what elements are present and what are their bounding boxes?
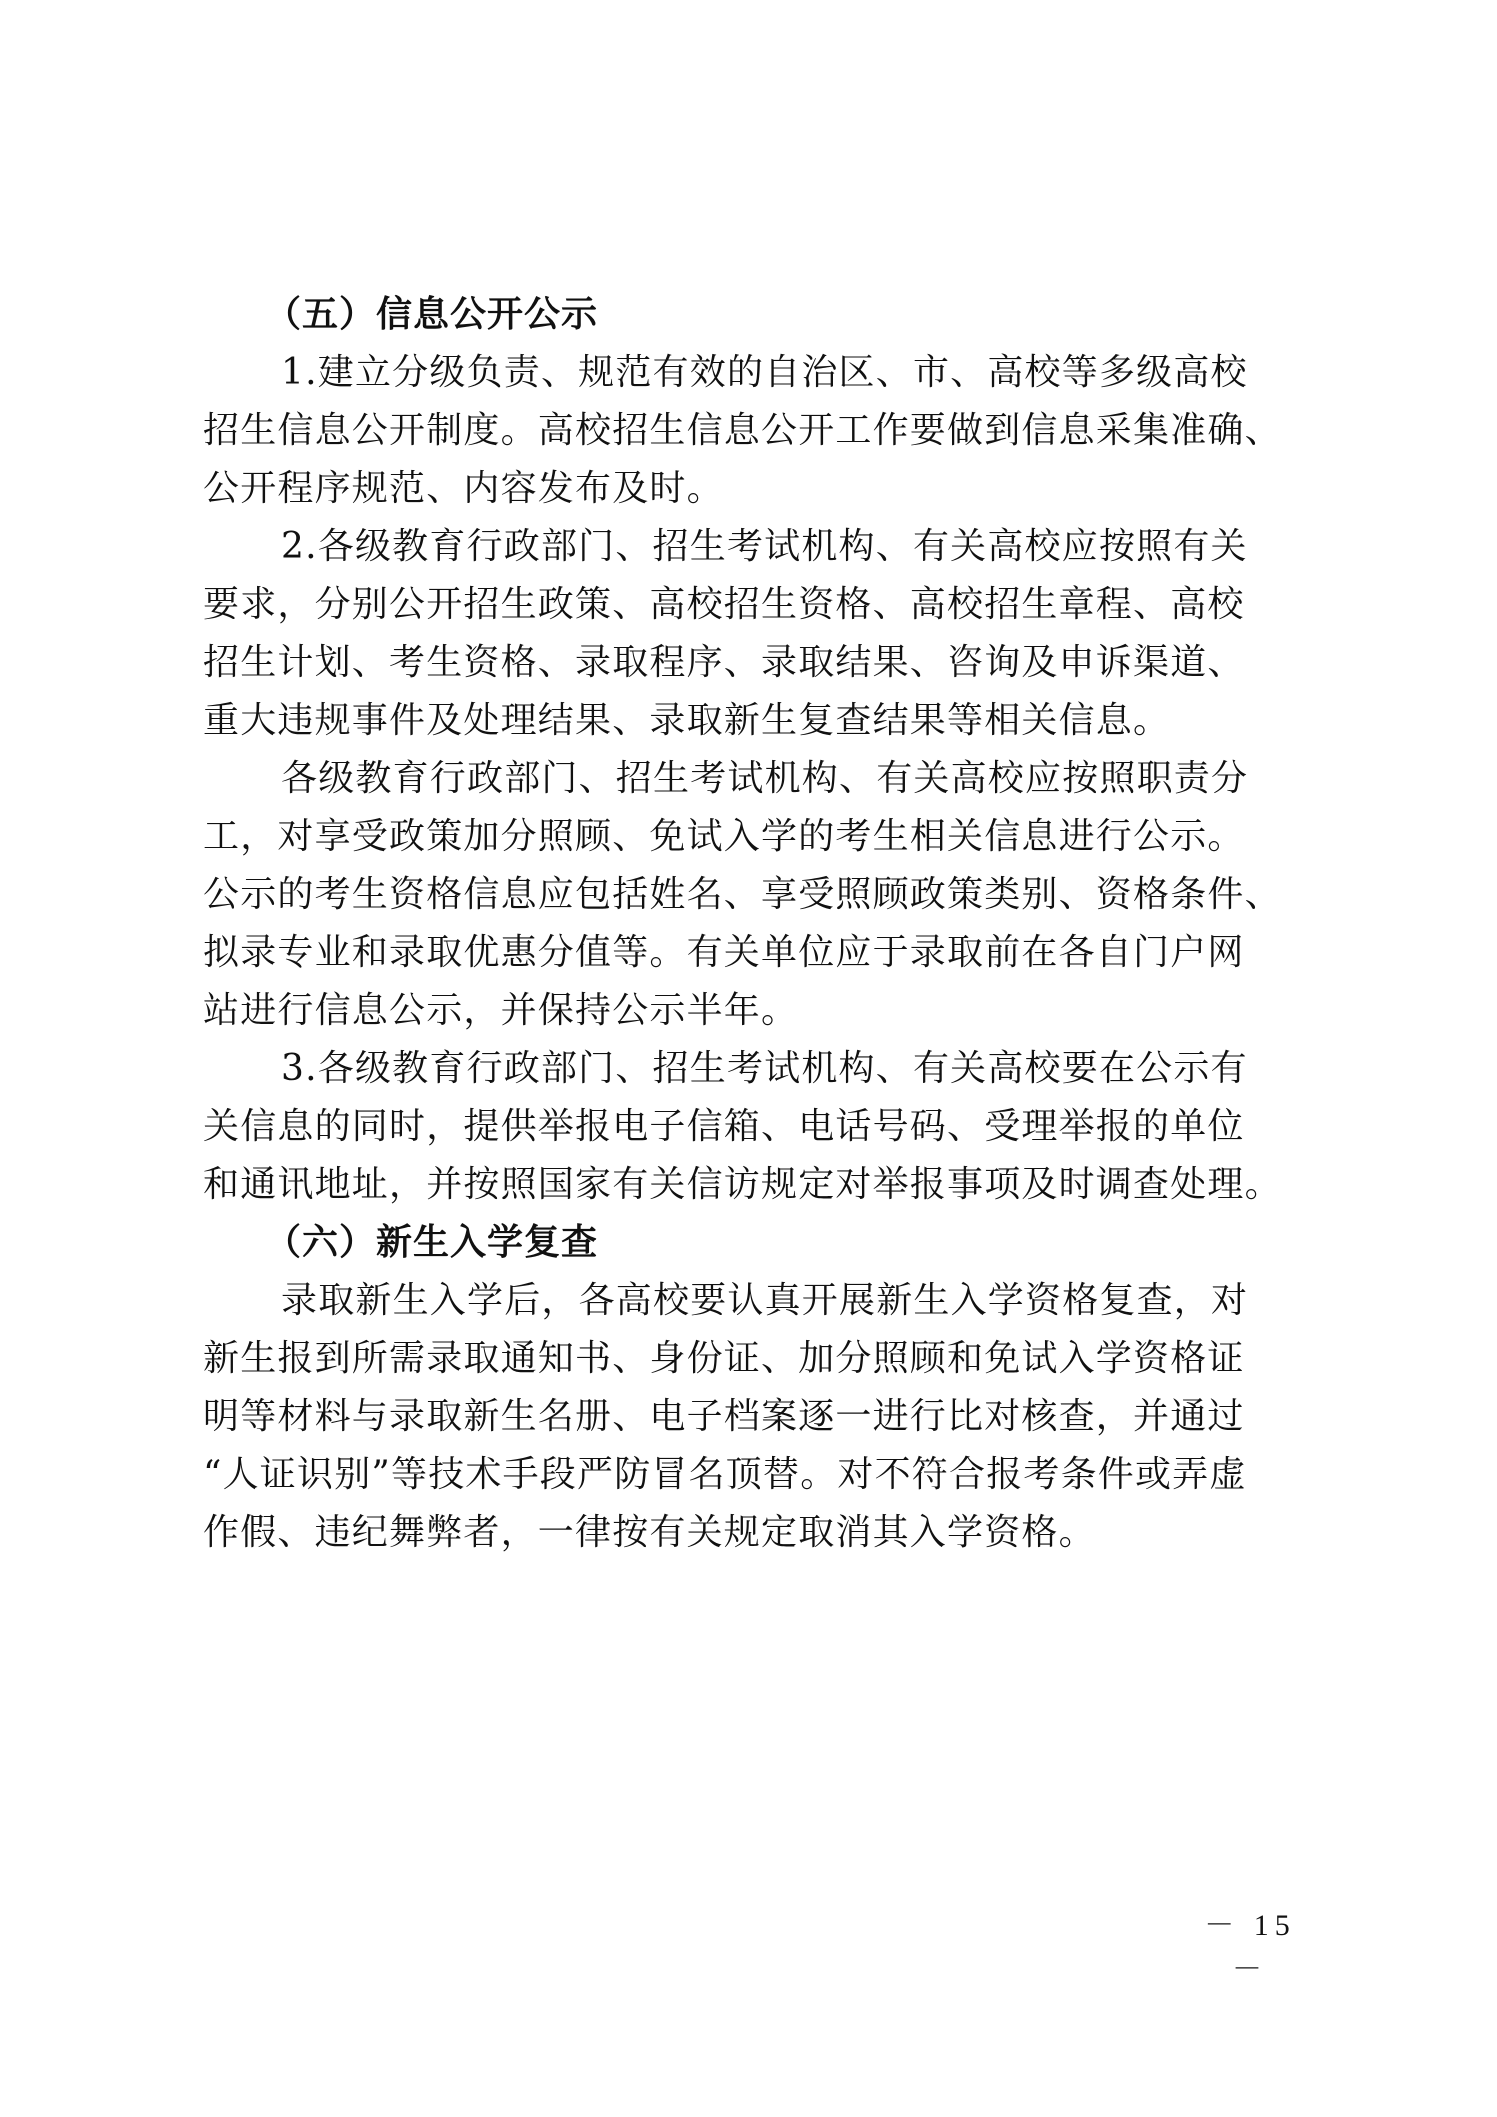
paragraph-line: 各级教育行政部门、招生考试机构、有关高校应按照职责分 [203,750,1318,808]
document-page: （五）信息公开公示 1.建立分级负责、规范有效的自治区、市、高校等多级高校 招生… [0,0,1497,2117]
paragraph-line: 公示的考生资格信息应包括姓名、享受照顾政策类别、资格条件、 [203,866,1318,924]
paragraph-enrollment-review: 录取新生入学后，各高校要认真开展新生入学资格复查，对 新生报到所需录取通知书、身… [203,1272,1318,1562]
paragraph-line: 工，对享受政策加分照顾、免试入学的考生相关信息进行公示。 [203,808,1318,866]
paragraph-line: 要求，分别公开招生政策、高校招生资格、高校招生章程、高校 [203,576,1318,634]
paragraph-line: 站进行信息公示，并保持公示半年。 [203,982,1318,1040]
paragraph-line: 招生信息公开制度。高校招生信息公开工作要做到信息采集准确、 [203,402,1318,460]
paragraph-line: 录取新生入学后，各高校要认真开展新生入学资格复查，对 [203,1272,1318,1330]
paragraph-line: 重大违规事件及处理结果、录取新生复查结果等相关信息。 [203,692,1318,750]
page-content: （五）信息公开公示 1.建立分级负责、规范有效的自治区、市、高校等多级高校 招生… [203,286,1318,1562]
paragraph-line: 新生报到所需录取通知书、身份证、加分照顾和免试入学资格证 [203,1330,1318,1388]
paragraph-line: 公开程序规范、内容发布及时。 [203,460,1318,518]
paragraph-line: 1.建立分级负责、规范有效的自治区、市、高校等多级高校 [203,344,1318,402]
paragraph-line: 关信息的同时，提供举报电子信箱、电话号码、受理举报的单位 [203,1098,1318,1156]
paragraph-3: 3.各级教育行政部门、招生考试机构、有关高校要在公示有 关信息的同时，提供举报电… [203,1040,1318,1214]
paragraph-line: 和通讯地址，并按照国家有关信访规定对举报事项及时调查处理。 [203,1156,1318,1214]
paragraph-line: 2.各级教育行政部门、招生考试机构、有关高校应按照有关 [203,518,1318,576]
paragraph-2-continued: 各级教育行政部门、招生考试机构、有关高校应按照职责分 工，对享受政策加分照顾、免… [203,750,1318,1040]
paragraph-line: 明等材料与录取新生名册、电子档案逐一进行比对核查，并通过 [203,1388,1318,1446]
paragraph-line: 招生计划、考生资格、录取程序、录取结果、咨询及申诉渠道、 [203,634,1318,692]
section-heading-enrollment-review: （六）新生入学复查 [203,1214,1318,1272]
section-heading-information-disclosure: （五）信息公开公示 [203,286,1318,344]
paragraph-line: 作假、违纪舞弊者，一律按有关规定取消其入学资格。 [203,1504,1318,1562]
paragraph-line: 3.各级教育行政部门、招生考试机构、有关高校要在公示有 [203,1040,1318,1098]
paragraph-2: 2.各级教育行政部门、招生考试机构、有关高校应按照有关 要求，分别公开招生政策、… [203,518,1318,750]
paragraph-1: 1.建立分级负责、规范有效的自治区、市、高校等多级高校 招生信息公开制度。高校招… [203,344,1318,518]
paragraph-line: 拟录专业和录取优惠分值等。有关单位应于录取前在各自门户网 [203,924,1318,982]
paragraph-line: “人证识别”等技术手段严防冒名顶替。对不符合报考条件或弄虚 [203,1446,1318,1504]
page-number: － 15 － [1180,1900,1320,1988]
